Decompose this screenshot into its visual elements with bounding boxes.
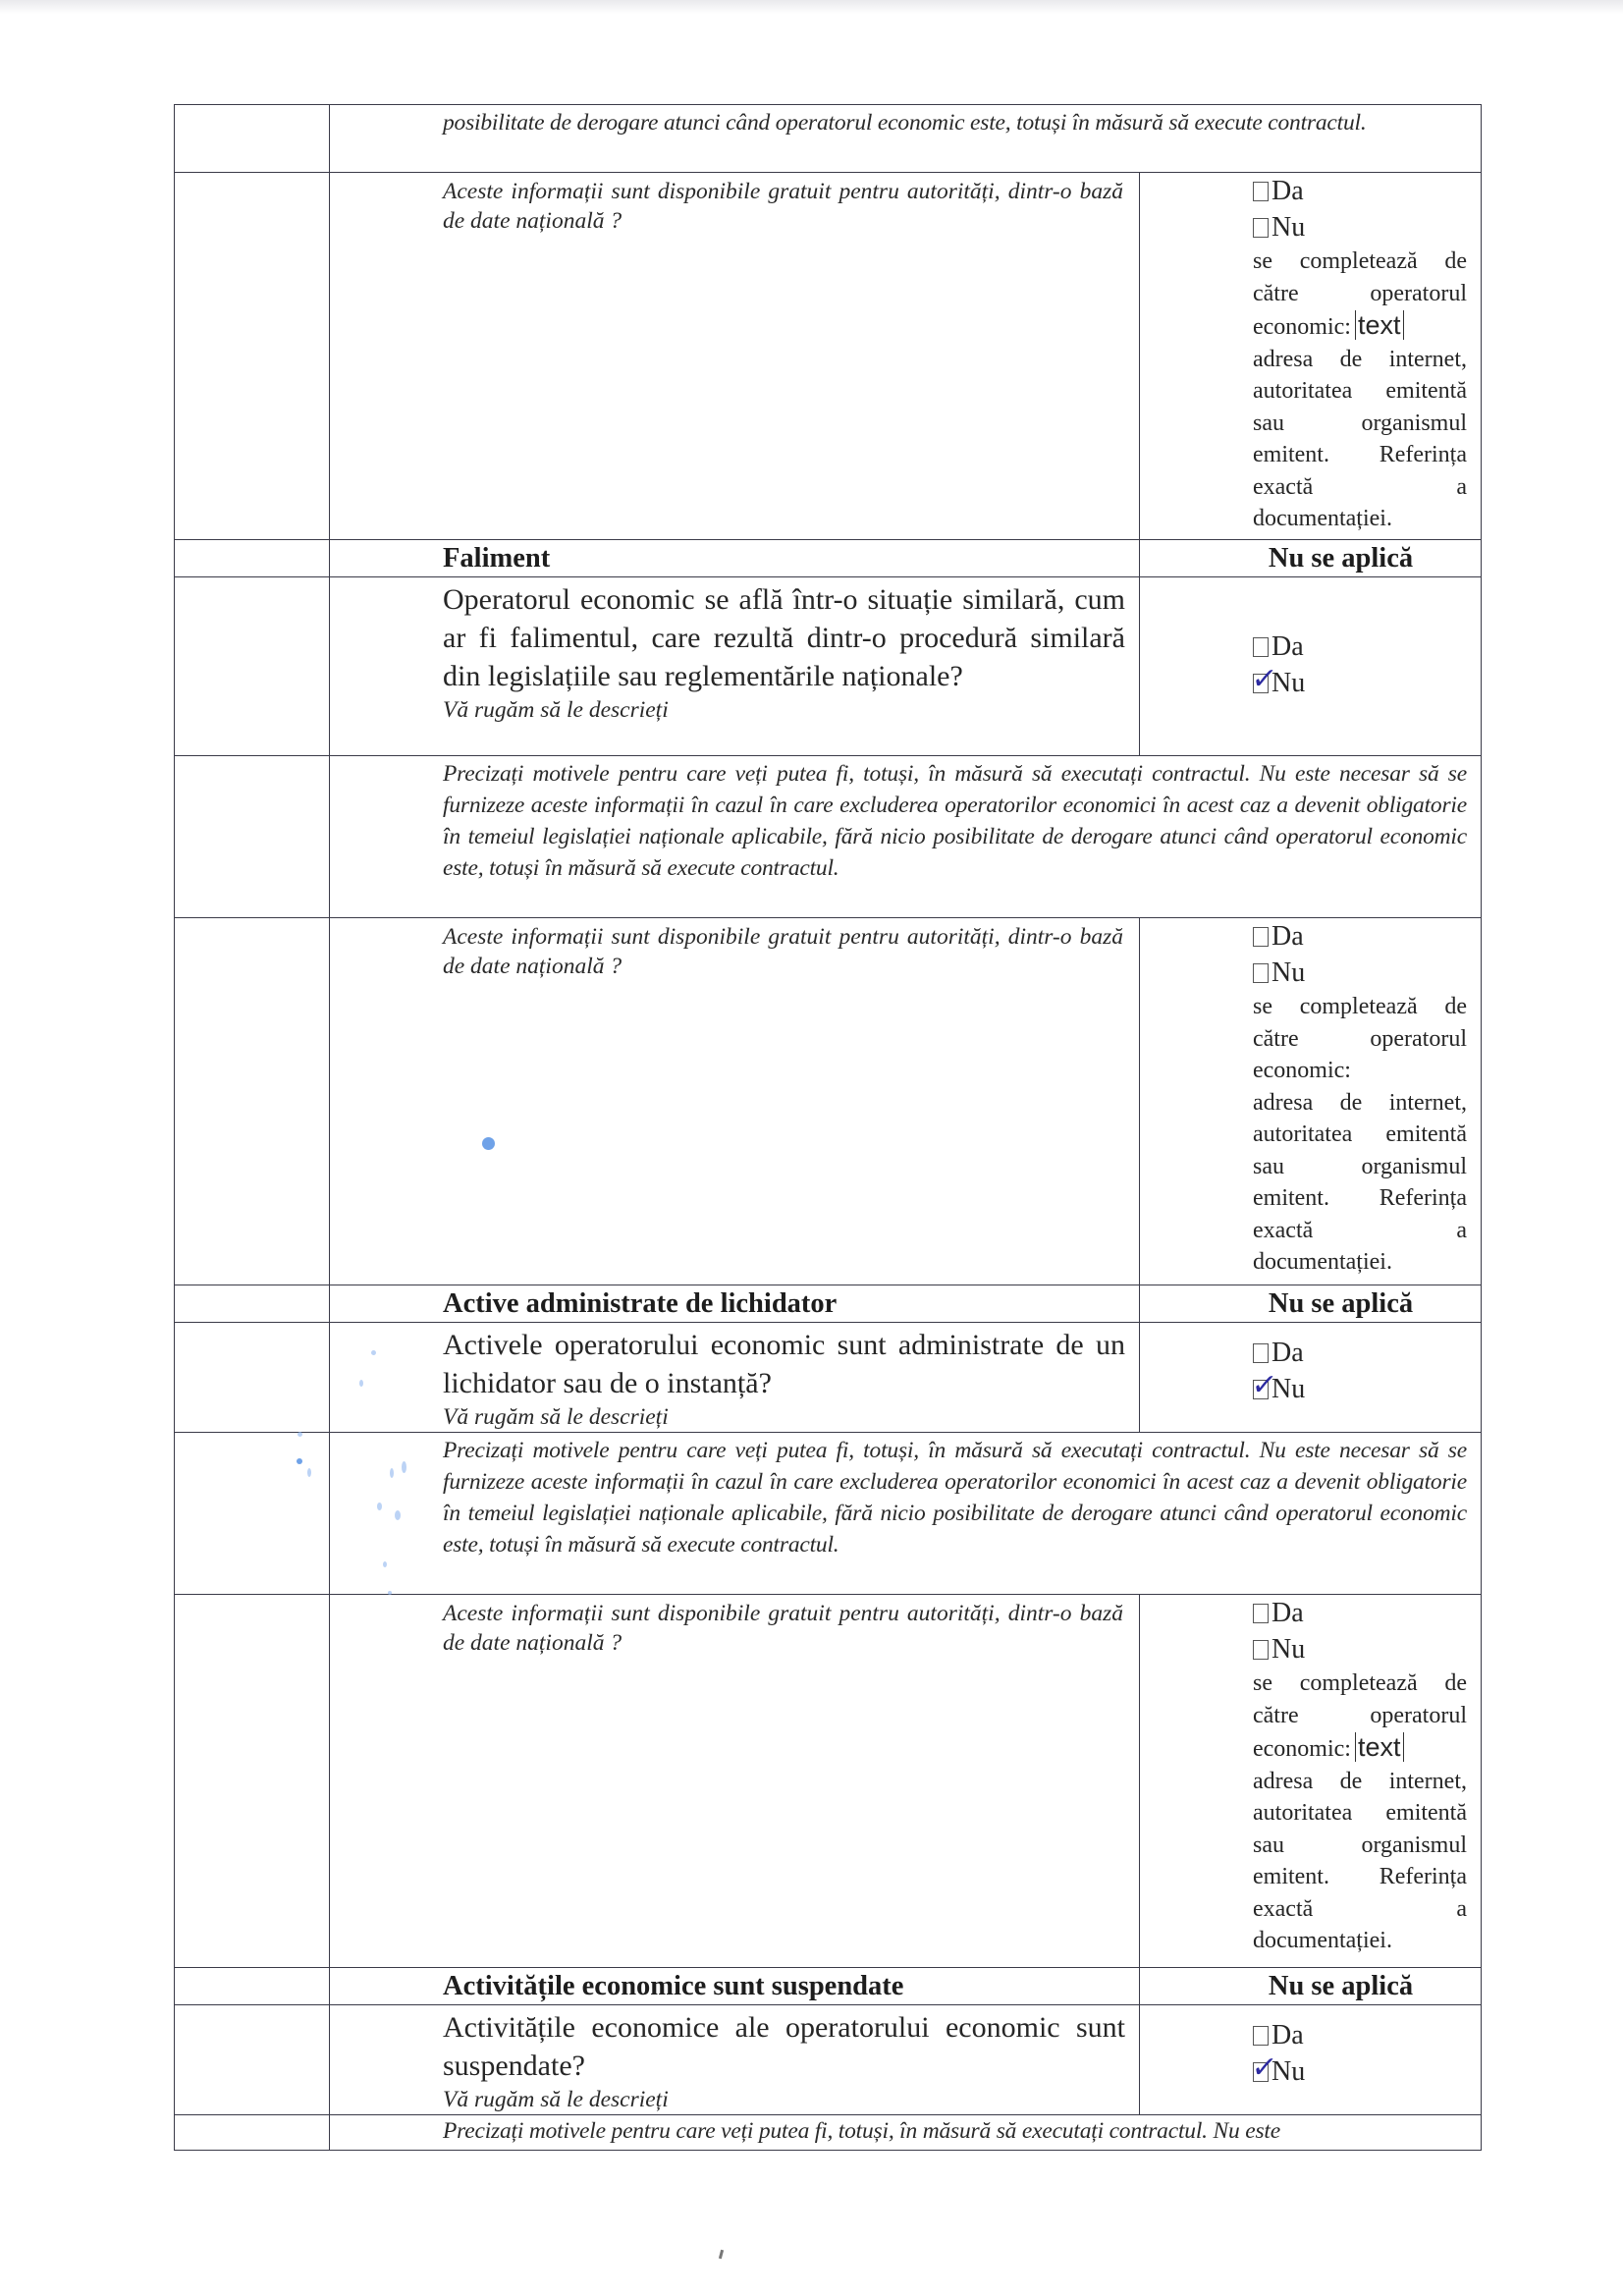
- availability-answer: Da Nu se completează de către operatorul…: [1140, 173, 1482, 540]
- checkbox-icon[interactable]: [1253, 1640, 1269, 1660]
- table-row: posibilitate de derogare atunci când ope…: [175, 105, 1482, 173]
- empty-cell: [175, 918, 330, 1285]
- question-row: Activitățile economice ale operatorului …: [175, 2005, 1482, 2115]
- checkbox-icon[interactable]: [1253, 2026, 1269, 2046]
- status-not-applicable: Nu se aplică: [1140, 1285, 1482, 1323]
- question-faliment: Operatorul economic se află într-o situa…: [443, 577, 1125, 695]
- empty-cell: [175, 540, 330, 577]
- ink-stain: [298, 1432, 302, 1437]
- ink-stain: [371, 1350, 376, 1355]
- checkbox-icon[interactable]: [1253, 637, 1269, 657]
- option-nu[interactable]: Nu: [1253, 209, 1467, 246]
- option-da[interactable]: Da: [1253, 1335, 1481, 1371]
- exclusion-criteria-table: posibilitate de derogare atunci când ope…: [174, 104, 1482, 2151]
- question-lichidator: Activele operatorului economic sunt admi…: [443, 1323, 1125, 1402]
- availability-question: Aceste informații sunt disponibile gratu…: [330, 173, 1140, 540]
- derogation-note-partial: Precizați motivele pentru care veți pute…: [330, 2115, 1482, 2151]
- ink-stain: [383, 1561, 387, 1567]
- empty-cell: [175, 1323, 330, 1433]
- checkbox-icon[interactable]: [1253, 1343, 1269, 1363]
- ink-stain: [359, 1380, 363, 1387]
- yes-no-answer: Da ✓Nu: [1140, 2005, 1482, 2115]
- derogation-note: Precizați motivele pentru care veți pute…: [330, 1433, 1482, 1595]
- ink-stain: [390, 1468, 394, 1478]
- empty-cell: [175, 1595, 330, 1968]
- scan-edge: [0, 0, 1623, 14]
- empty-cell: [175, 1285, 330, 1323]
- availability-answer: Da Nu se completează de către operatorul…: [1140, 1595, 1482, 1968]
- fill-instructions: se completează de către operatorul econo…: [1253, 246, 1467, 535]
- ink-stain: [307, 1468, 311, 1477]
- empty-cell: [175, 105, 330, 173]
- derogation-note: Precizați motivele pentru care veți pute…: [330, 756, 1482, 918]
- checkbox-icon[interactable]: [1253, 963, 1269, 983]
- table-row: Precizați motivele pentru care veți pute…: [175, 756, 1482, 918]
- describe-prompt: Vă rugăm să le descrieți: [443, 1402, 1125, 1432]
- ink-stain: [395, 1510, 401, 1520]
- table-row: Aceste informații sunt disponibile gratu…: [175, 918, 1482, 1285]
- checkbox-icon[interactable]: [1253, 182, 1269, 201]
- describe-prompt: Vă rugăm să le descrieți: [443, 2085, 1125, 2114]
- scan-speck: [719, 2250, 724, 2259]
- ink-stain: [297, 1458, 302, 1464]
- ink-stain: [388, 1591, 392, 1595]
- option-nu[interactable]: ✓Nu: [1253, 2053, 1481, 2090]
- checkbox-icon[interactable]: [1253, 218, 1269, 238]
- option-da[interactable]: Da: [1253, 2017, 1481, 2053]
- empty-cell: [175, 1433, 330, 1595]
- section-header-row: Active administrate de lichidator Nu se …: [175, 1285, 1482, 1323]
- option-da[interactable]: Da: [1253, 629, 1481, 665]
- table-row: Aceste informații sunt disponibile gratu…: [175, 173, 1482, 540]
- checkmark-icon: ✓: [1250, 665, 1278, 694]
- section-header-row: Activitățile economice sunt suspendate N…: [175, 1968, 1482, 2005]
- yes-no-answer: Da ✓Nu: [1140, 577, 1482, 756]
- option-da[interactable]: Da: [1253, 173, 1467, 209]
- option-nu[interactable]: ✓Nu: [1253, 665, 1481, 701]
- checkbox-checked-icon[interactable]: ✓: [1253, 674, 1269, 693]
- checkbox-icon[interactable]: [1253, 1604, 1269, 1623]
- text-field[interactable]: text: [1355, 310, 1404, 340]
- fill-instructions: se completează de către operatorul econo…: [1253, 1667, 1467, 1957]
- yes-no-answer: Da ✓Nu: [1140, 1323, 1482, 1433]
- checkbox-checked-icon[interactable]: ✓: [1253, 2062, 1269, 2082]
- option-da[interactable]: Da: [1253, 1595, 1467, 1631]
- ink-stain: [377, 1503, 382, 1510]
- table-row: Precizați motivele pentru care veți pute…: [175, 1433, 1482, 1595]
- section-header-row: Faliment Nu se aplică: [175, 540, 1482, 577]
- ink-stain: [482, 1137, 495, 1150]
- availability-answer: Da Nu se completează de către operatorul…: [1140, 918, 1482, 1285]
- empty-cell: [175, 173, 330, 540]
- section-title-suspendate: Activitățile economice sunt suspendate: [330, 1968, 1140, 2005]
- empty-cell: [175, 1968, 330, 2005]
- question-row: Activele operatorului economic sunt admi…: [175, 1323, 1482, 1433]
- section-title-lichidator: Active administrate de lichidator: [330, 1285, 1140, 1323]
- status-not-applicable: Nu se aplică: [1140, 540, 1482, 577]
- ink-stain: [402, 1461, 406, 1473]
- derogation-note-end: posibilitate de derogare atunci când ope…: [330, 105, 1482, 173]
- option-da[interactable]: Da: [1253, 918, 1467, 955]
- checkmark-icon: ✓: [1250, 2053, 1278, 2083]
- empty-cell: [175, 577, 330, 756]
- section-title-faliment: Faliment: [330, 540, 1140, 577]
- checkmark-icon: ✓: [1250, 1371, 1278, 1400]
- question-row: Operatorul economic se află într-o situa…: [175, 577, 1482, 756]
- availability-question: Aceste informații sunt disponibile gratu…: [330, 1595, 1140, 1968]
- status-not-applicable: Nu se aplică: [1140, 1968, 1482, 2005]
- checkbox-checked-icon[interactable]: ✓: [1253, 1380, 1269, 1399]
- empty-cell: [175, 2115, 330, 2151]
- option-nu[interactable]: Nu: [1253, 1631, 1467, 1667]
- availability-question: Aceste informații sunt disponibile gratu…: [330, 918, 1140, 1285]
- fill-instructions: se completează de către operatorul econo…: [1253, 991, 1467, 1279]
- question-suspendate: Activitățile economice ale operatorului …: [443, 2005, 1125, 2085]
- empty-cell: [175, 2005, 330, 2115]
- table-row: Precizați motivele pentru care veți pute…: [175, 2115, 1482, 2151]
- table-row: Aceste informații sunt disponibile gratu…: [175, 1595, 1482, 1968]
- option-nu[interactable]: ✓Nu: [1253, 1371, 1481, 1407]
- text-field[interactable]: text: [1355, 1732, 1404, 1762]
- option-nu[interactable]: Nu: [1253, 955, 1467, 991]
- checkbox-icon[interactable]: [1253, 927, 1269, 947]
- empty-cell: [175, 756, 330, 918]
- describe-prompt: Vă rugăm să le descrieți: [443, 695, 1125, 725]
